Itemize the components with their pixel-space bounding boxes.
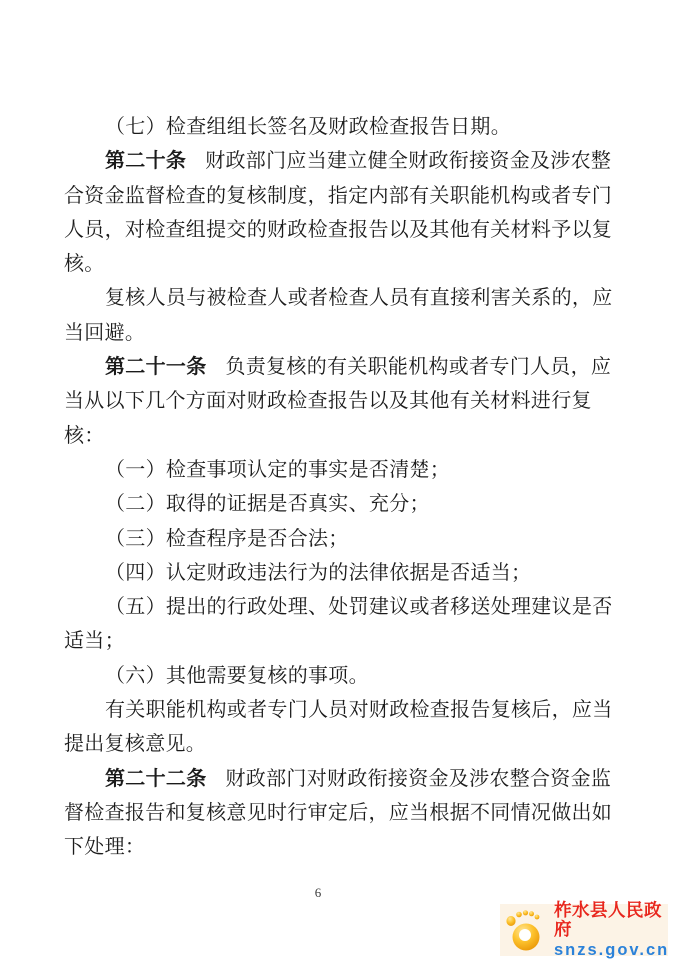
line-text: （四）认定财政违法行为的法律依据是否适当； [105, 562, 531, 584]
text-line: （七）检查组组长签名及财政检查报告日期。 [64, 110, 620, 144]
site-logo-badge: 柞水县人民政府 snzs.gov.cn [500, 904, 668, 956]
line-text: 督检查报告和复核意见时行审定后，应当根据不同情况做出如 [64, 802, 612, 824]
line-text: 负责复核的有关职能机构或者专门人员，应 [226, 356, 612, 378]
text-line: 提出复核意见。 [64, 727, 620, 761]
line-text: 财政部门应当建立健全财政衔接资金及涉农整 [205, 150, 611, 172]
line-text: 提出复核意见。 [64, 733, 206, 755]
article-number: 第二十二条 [105, 768, 207, 790]
line-text: （五）提出的行政处理、处罚建议或者移送处理建议是否 [105, 596, 613, 618]
text-line: 合资金监督检查的复核制度，指定内部有关职能机构或者专门 [64, 179, 620, 213]
text-line: 适当； [64, 624, 620, 658]
text-line: 复核人员与被检查人或者检查人员有直接利害关系的，应 [64, 281, 620, 315]
text-line: （六）其他需要复核的事项。 [64, 659, 620, 693]
line-text: 财政部门对财政衔接资金及涉农整合资金监 [226, 768, 612, 790]
text-line: （一）检查事项认定的事实是否清楚； [64, 453, 620, 487]
text-line: 下处理： [64, 830, 620, 864]
logo-domain: snzs.gov.cn [554, 941, 669, 959]
logo-org-name: 柞水县人民政府 [554, 901, 669, 940]
line-text: 当从以下几个方面对财政检查报告以及其他有关材料进行复 [64, 390, 592, 412]
line-text: 当回避。 [64, 322, 145, 344]
line-text: 核： [64, 425, 105, 447]
line-text: 合资金监督检查的复核制度，指定内部有关职能机构或者专门 [64, 185, 612, 207]
line-text: 适当； [64, 630, 125, 652]
line-text: 下处理： [64, 836, 145, 858]
text-line: 第二十一条负责复核的有关职能机构或者专门人员，应 [64, 350, 620, 384]
line-text: （六）其他需要复核的事项。 [105, 665, 369, 687]
text-line: 当回避。 [64, 316, 620, 350]
text-line: 第二十条财政部门应当建立健全财政衔接资金及涉农整 [64, 144, 620, 178]
text-line: （二）取得的证据是否真实、充分； [64, 487, 620, 521]
document-body: （七）检查组组长签名及财政检查报告日期。第二十条财政部门应当建立健全财政衔接资金… [64, 110, 620, 865]
article-number: 第二十一条 [105, 356, 207, 378]
line-text: 人员，对检查组提交的财政检查报告以及其他有关材料予以复 [64, 219, 612, 241]
text-line: 有关职能机构或者专门人员对财政检查报告复核后，应当 [64, 693, 620, 727]
text-line: （四）认定财政违法行为的法律依据是否适当； [64, 556, 620, 590]
line-text: （一）检查事项认定的事实是否清楚； [105, 459, 450, 481]
text-line: 当从以下几个方面对财政检查报告以及其他有关材料进行复 [64, 384, 620, 418]
page-number: 6 [306, 885, 330, 901]
site-logo-text: 柞水县人民政府 snzs.gov.cn [554, 901, 669, 960]
article-number: 第二十条 [105, 150, 186, 172]
line-text: 核。 [64, 253, 105, 275]
text-line: （五）提出的行政处理、处罚建议或者移送处理建议是否 [64, 590, 620, 624]
text-line: 核： [64, 419, 620, 453]
text-line: 人员，对检查组提交的财政检查报告以及其他有关材料予以复 [64, 213, 620, 247]
text-line: 第二十二条财政部门对财政衔接资金及涉农整合资金监 [64, 762, 620, 796]
text-line: （三）检查程序是否合法； [64, 522, 620, 556]
line-text: （二）取得的证据是否真实、充分； [105, 493, 430, 515]
line-text: 有关职能机构或者专门人员对财政检查报告复核后，应当 [105, 699, 613, 721]
footprint-icon [503, 907, 549, 953]
line-text: 复核人员与被检查人或者检查人员有直接利害关系的，应 [105, 287, 613, 309]
line-text: （七）检查组组长签名及财政检查报告日期。 [105, 116, 511, 138]
line-text: （三）检查程序是否合法； [105, 528, 349, 550]
text-line: 督检查报告和复核意见时行审定后，应当根据不同情况做出如 [64, 796, 620, 830]
document-page: （七）检查组组长签名及财政检查报告日期。第二十条财政部门应当建立健全财政衔接资金… [0, 0, 680, 962]
text-line: 核。 [64, 247, 620, 281]
